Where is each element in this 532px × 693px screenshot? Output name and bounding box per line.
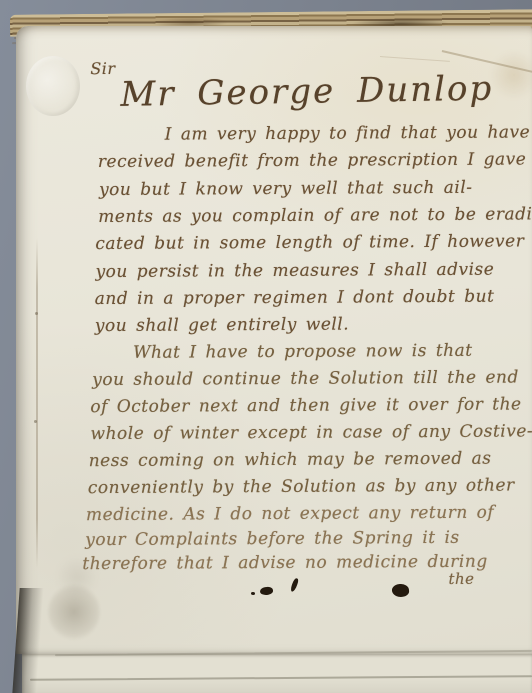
catchword: the <box>448 570 474 588</box>
letter-line: What I have to propose now is that <box>133 341 473 363</box>
letter-line: you persist in the measures I shall advi… <box>95 260 494 282</box>
letter-line: conveniently by the Solution as by any o… <box>88 475 515 498</box>
letter-line: whole of winter except in case of any Co… <box>90 421 532 444</box>
letter-line: and in a proper regimen I dont doubt but <box>95 287 495 309</box>
letter-line: your Complaints before the Spring it is <box>85 528 460 550</box>
letter-line: of October next and then give it over fo… <box>90 394 521 417</box>
manuscript-letter-photo: Sir Mr George Dunlop I am very happy to … <box>0 0 532 693</box>
letter-line: you should continue the Solution till th… <box>92 367 519 390</box>
letter-line: you shall get entirely well. <box>95 314 349 336</box>
letter-line: you but I know very well that such ail- <box>99 178 473 200</box>
letter-line: medicine. As I do not expect any return … <box>86 503 494 525</box>
addressee-heading: Mr George Dunlop <box>120 69 493 115</box>
letter-line: ness coming on which may be removed as <box>89 449 492 471</box>
letter-line: I am very happy to find that you have <box>165 122 531 144</box>
letter-line: therefore that I advise no medicine duri… <box>82 552 487 574</box>
letter-line: cated but in some length of time. If how… <box>95 231 524 254</box>
salutation: Sir <box>90 59 115 78</box>
ink-blot <box>251 592 255 595</box>
letter-line: received benefit from the prescription I… <box>98 149 527 172</box>
letter-line: ments as you complain of are not to be e… <box>98 204 532 227</box>
